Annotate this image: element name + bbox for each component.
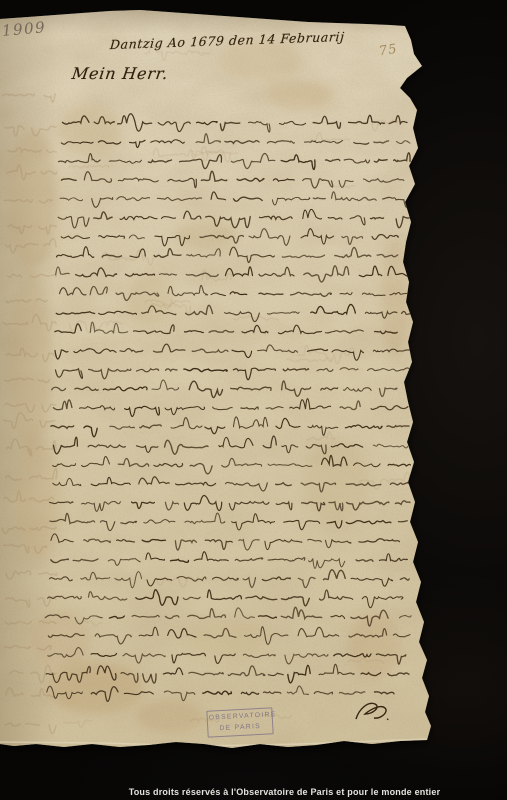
archival-number: 1909 xyxy=(1,18,47,40)
observatoire-stamp: OBSERVATOIRE DE PARIS xyxy=(206,707,273,737)
scanned-letter-page xyxy=(0,0,507,800)
footer-credit: Tous droits réservés à l'Observatoire de… xyxy=(0,787,507,797)
top-edge-shading xyxy=(0,0,507,34)
stamp-line-2: DE PARIS xyxy=(209,721,271,735)
folio-number: 75 xyxy=(378,42,399,60)
manuscript-scan: 1909 75 Dantzig Ao 1679 den 14 Februarij… xyxy=(0,0,507,800)
salutation: Mein Herr. xyxy=(71,64,170,83)
